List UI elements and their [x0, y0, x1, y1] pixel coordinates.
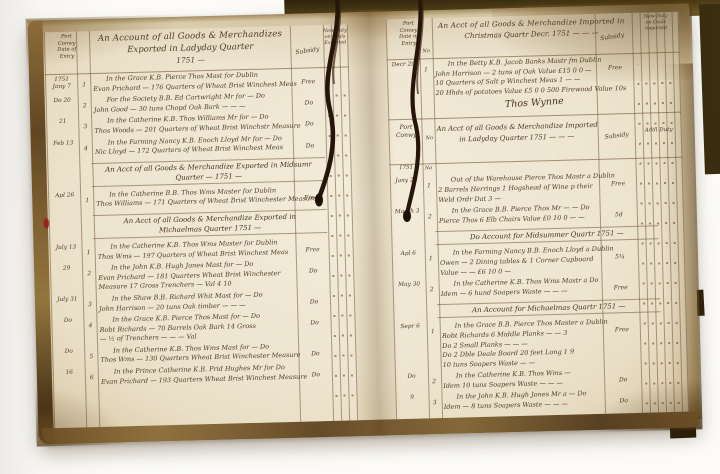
entry-value: Do	[606, 397, 642, 405]
entry-no: 1	[83, 249, 95, 256]
entry-date: 16	[54, 369, 85, 377]
page-title: An Account of all Goods & Merchandizes E…	[94, 28, 287, 68]
entry-no: 1	[427, 328, 439, 335]
section-header-line: An Account for Michaelmas Quartr 1751 —	[437, 301, 660, 317]
entry-lines: In the Catherine K.B. Thos Wms Mastr a D…	[440, 274, 685, 300]
entry-date: Decr 20	[388, 62, 419, 70]
margin-year: 1751	[390, 165, 421, 172]
entry-date: 29	[51, 266, 82, 274]
entry-date: Jany 26	[391, 178, 422, 186]
entry-date: Do	[396, 374, 427, 382]
port-corner-label: Port Conwy Date of Entry	[45, 33, 89, 60]
entry-value: Do	[297, 267, 329, 275]
number-column-label: No	[424, 135, 435, 141]
photo: Port Conwy Date of Entry An Account of a…	[0, 0, 720, 474]
left-page-entries: 1751 Jany 71In the Grace K.B. Pierce Tho…	[45, 66, 358, 428]
column-header-line: Exported	[322, 40, 348, 47]
mid-header-band: Port ConwyNoAn Acct of all Goods & Merch…	[388, 112, 682, 166]
column-header-line: Imported	[634, 26, 678, 33]
entry-no: 3	[79, 123, 91, 130]
entry-date: Feb 13	[48, 140, 79, 148]
entry-no: 1	[423, 183, 435, 190]
entry-no: 2	[83, 270, 95, 277]
table-edge-dark-right	[699, 4, 720, 175]
port-corner-label: Port Conwy	[389, 124, 422, 141]
entry-value: Do	[294, 142, 326, 150]
entry-date: Do 20	[47, 98, 78, 106]
entry-no: 1	[420, 66, 432, 73]
column-header-coals: New Duty on Coals Imported	[634, 14, 678, 33]
entry-no: 3	[84, 301, 96, 308]
section-header: An Acct of all Goods & Merchandize Expor…	[91, 157, 326, 187]
column-header-coals: New Duty on Coals Exported	[322, 28, 348, 46]
entry-value: Do	[293, 120, 325, 128]
column-header-subsidy: Subsidy	[290, 45, 325, 57]
entry-no: 4	[84, 322, 96, 329]
entry-no: 6	[86, 374, 98, 381]
entry-no: 2	[426, 286, 438, 293]
number-column-label: No	[420, 48, 431, 54]
right-page: Port Conwy Date of Entry No An Acct of a…	[386, 12, 689, 420]
entry-value: 5¾	[602, 253, 638, 261]
entry-date: March 3	[392, 209, 423, 217]
entry-date: Apl 6	[393, 251, 424, 259]
column-header-subsidy: Subsidy	[598, 130, 635, 142]
entry-lines: In the Grace B.B. Pierce Thos Master a D…	[442, 316, 688, 370]
entry-no: 4	[80, 145, 92, 152]
entry-date: May 30	[394, 282, 425, 290]
entry-date: 21	[47, 119, 78, 127]
entry-lines: In the John K.B. Hugh Jones Mr a — DoIde…	[443, 387, 688, 413]
entry-value: Do	[298, 319, 330, 327]
margin-no: No	[422, 166, 434, 172]
entry-value: Free	[292, 78, 324, 86]
entry-value: Free	[600, 180, 636, 188]
left-page: Port Conwy Date of Entry An Account of a…	[44, 24, 358, 428]
column-header-addl-duty: Addl Duty	[639, 127, 679, 134]
entry-value: Do	[298, 298, 330, 306]
entry-date: July 31	[52, 296, 83, 304]
ledger-entry: Sepr 61In the Grace B.B. Pierce Thos Mas…	[394, 314, 688, 372]
corner-line: Entry	[387, 40, 430, 48]
entry-value: Free	[603, 284, 639, 292]
entry-no: 1	[78, 81, 90, 88]
entry-date: 9	[397, 395, 428, 403]
entry-date: 1751 Jany 7	[46, 76, 77, 91]
entry-no: 2	[428, 378, 440, 385]
port-corner-label: Port Conwy Date of Entry	[387, 20, 431, 47]
entry-value: Free	[604, 326, 640, 334]
entry-value: 5d	[601, 211, 637, 219]
entry-value: Free	[295, 194, 327, 202]
section-header-line: Do Account for Midsummer Quartr 1751 —	[435, 228, 658, 244]
entry-date: Apl 26	[49, 192, 80, 200]
entry-date: July 13	[50, 244, 81, 252]
entry-value: Do	[300, 371, 332, 379]
section-title: An Acct of all Goods & Merchandize Impor…	[436, 120, 597, 146]
entry-value: Do	[293, 99, 325, 107]
entry-no: 3	[429, 400, 441, 407]
entry-no: 2	[424, 213, 436, 220]
right-page-entries: Decr 201In the Betty K.B. Jacob Banks Ma…	[387, 52, 689, 420]
entry-date: Sepr 6	[395, 324, 426, 332]
entry-no: 5	[85, 353, 97, 360]
entry-value: Free	[597, 64, 633, 72]
parchment-sheet: Port Conwy Date of Entry An Account of a…	[28, 3, 701, 444]
entry-value: Do	[605, 376, 641, 384]
entry-date: Do	[52, 317, 83, 325]
entry-no: 1	[425, 255, 437, 262]
section-header: An Acct of all Goods & Merchandize Expor…	[93, 209, 328, 239]
entry-value: Do	[299, 350, 331, 358]
entry-no: 2	[79, 102, 91, 109]
entry-no: 1	[81, 197, 93, 204]
entry-value: Free	[297, 246, 329, 254]
corner-line: Entry	[45, 53, 88, 61]
entry-lines: In the Grace B.B. Pierce Thos Mr — — DoP…	[439, 201, 684, 227]
entry-date: Do	[53, 348, 84, 356]
